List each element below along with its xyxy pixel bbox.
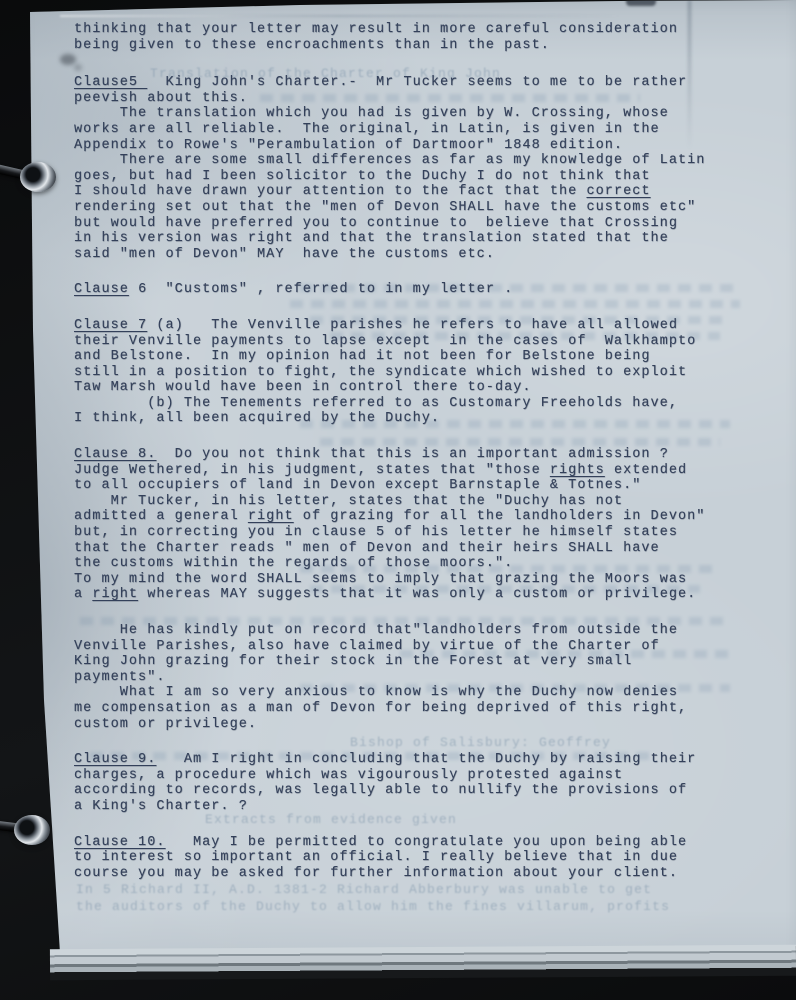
- binder-grommet-top: [20, 162, 56, 192]
- typed-line: their Venville payments to lapse except …: [74, 334, 784, 350]
- typed-line: Clause5 King John's Charter.- Mr Tucker …: [74, 75, 784, 91]
- typed-line: custom or privilege.: [74, 717, 784, 733]
- typed-line: but, in correcting you in clause 5 of hi…: [74, 525, 784, 541]
- typed-line: charges, a procedure which was vigourous…: [74, 768, 784, 784]
- typed-line: Mr Tucker, in his letter, states that th…: [74, 494, 784, 510]
- typed-line: To my mind the word SHALL seems to imply…: [74, 572, 784, 588]
- paragraph-block: Clause 10. May I be permitted to congrat…: [74, 835, 784, 882]
- typed-line: said "men of Devon" MAY have the customs…: [74, 247, 784, 263]
- paragraph-block: Clause 6 "Customs" , referred to in my l…: [74, 282, 784, 298]
- typed-line: (b) The Tenements referred to as Customa…: [74, 396, 784, 412]
- typed-line: peevish about this.: [74, 91, 784, 107]
- typed-line: a right whereas MAY suggests that it was…: [74, 587, 784, 603]
- typed-line: the customs within the regards of those …: [74, 556, 784, 572]
- paragraph-block: Clause5 King John's Charter.- Mr Tucker …: [74, 75, 784, 262]
- typed-line: goes, but had I been solicitor to the Du…: [74, 169, 784, 185]
- typed-line: What I am so very anxious to know is why…: [74, 685, 784, 701]
- typed-line: according to records, was legally able t…: [74, 783, 784, 799]
- typed-line: admitted a general right of grazing for …: [74, 509, 784, 525]
- typed-line: that the Charter reads " men of Devon an…: [74, 541, 784, 557]
- typed-line: Clause 8. Do you not think that this is …: [74, 447, 784, 463]
- paper-crease-horizontal: [60, 15, 620, 17]
- typed-line: Clause 7 (a) The Venville parishes he re…: [74, 318, 784, 334]
- typed-line: a King's Charter. ?: [74, 799, 784, 815]
- typed-line: Taw Marsh would have been in control the…: [74, 380, 784, 396]
- typed-line: to all occupiers of land in Devon except…: [74, 478, 784, 494]
- photo-of-typed-letter-page: Translation of the Charter of King JohnB…: [0, 0, 796, 1000]
- underlying-pages-edge: [50, 945, 796, 981]
- typed-line: and Belstone. In my opinion had it not b…: [74, 349, 784, 365]
- typed-line: Venville Parishes, also have claimed by …: [74, 639, 784, 655]
- paragraph-block: Clause 8. Do you not think that this is …: [74, 447, 784, 603]
- typed-line: in his version was right and that the tr…: [74, 231, 784, 247]
- paragraph-block: Clause 9. Am I right in concluding that …: [74, 752, 784, 814]
- typed-line: Appendix to Rowe's "Perambulation of Dar…: [74, 138, 784, 154]
- typed-line: works are all reliable. The original, in…: [74, 122, 784, 138]
- paragraph-block: He has kindly put on record that"landhol…: [74, 623, 784, 732]
- binder-grommet-bottom: [14, 815, 50, 845]
- typed-line: King John grazing for their stock in the…: [74, 654, 784, 670]
- typed-line: I should have drawn your attention to th…: [74, 184, 784, 200]
- typed-line: rendering set out that the "men of Devon…: [74, 200, 784, 216]
- typed-line: to interest so important an official. I …: [74, 850, 784, 866]
- typed-line: still in a position to fight, the syndic…: [74, 365, 784, 381]
- paragraph-block: thinking that your letter may result in …: [74, 22, 784, 53]
- typed-line: me compensation as a man of Devon for be…: [74, 701, 784, 717]
- typed-line: payments".: [74, 670, 784, 686]
- typed-line: thinking that your letter may result in …: [74, 22, 784, 38]
- typed-line: being given to these encroachments than …: [74, 38, 784, 54]
- typed-line: I think, all been acquired by the Duchy.: [74, 411, 784, 427]
- typed-line: He has kindly put on record that"landhol…: [74, 623, 784, 639]
- typed-line: There are some small differences as far …: [74, 153, 784, 169]
- typed-line: but would have preferred you to continue…: [74, 216, 784, 232]
- paragraph-block: Clause 7 (a) The Venville parishes he re…: [74, 318, 784, 427]
- typed-line: Judge Wethered, in his judgment, states …: [74, 463, 784, 479]
- typed-line: course you may be asked for further info…: [74, 866, 784, 882]
- page-number-smudge: [626, 0, 656, 6]
- typed-line: The translation which you had is given b…: [74, 106, 784, 122]
- typed-text-layer: thinking that your letter may result in …: [74, 22, 784, 901]
- typed-line: Clause 9. Am I right in concluding that …: [74, 752, 784, 768]
- typed-line: Clause 6 "Customs" , referred to in my l…: [74, 282, 784, 298]
- typed-line: Clause 10. May I be permitted to congrat…: [74, 835, 784, 851]
- letter-page: Translation of the Charter of King JohnB…: [0, 0, 796, 1000]
